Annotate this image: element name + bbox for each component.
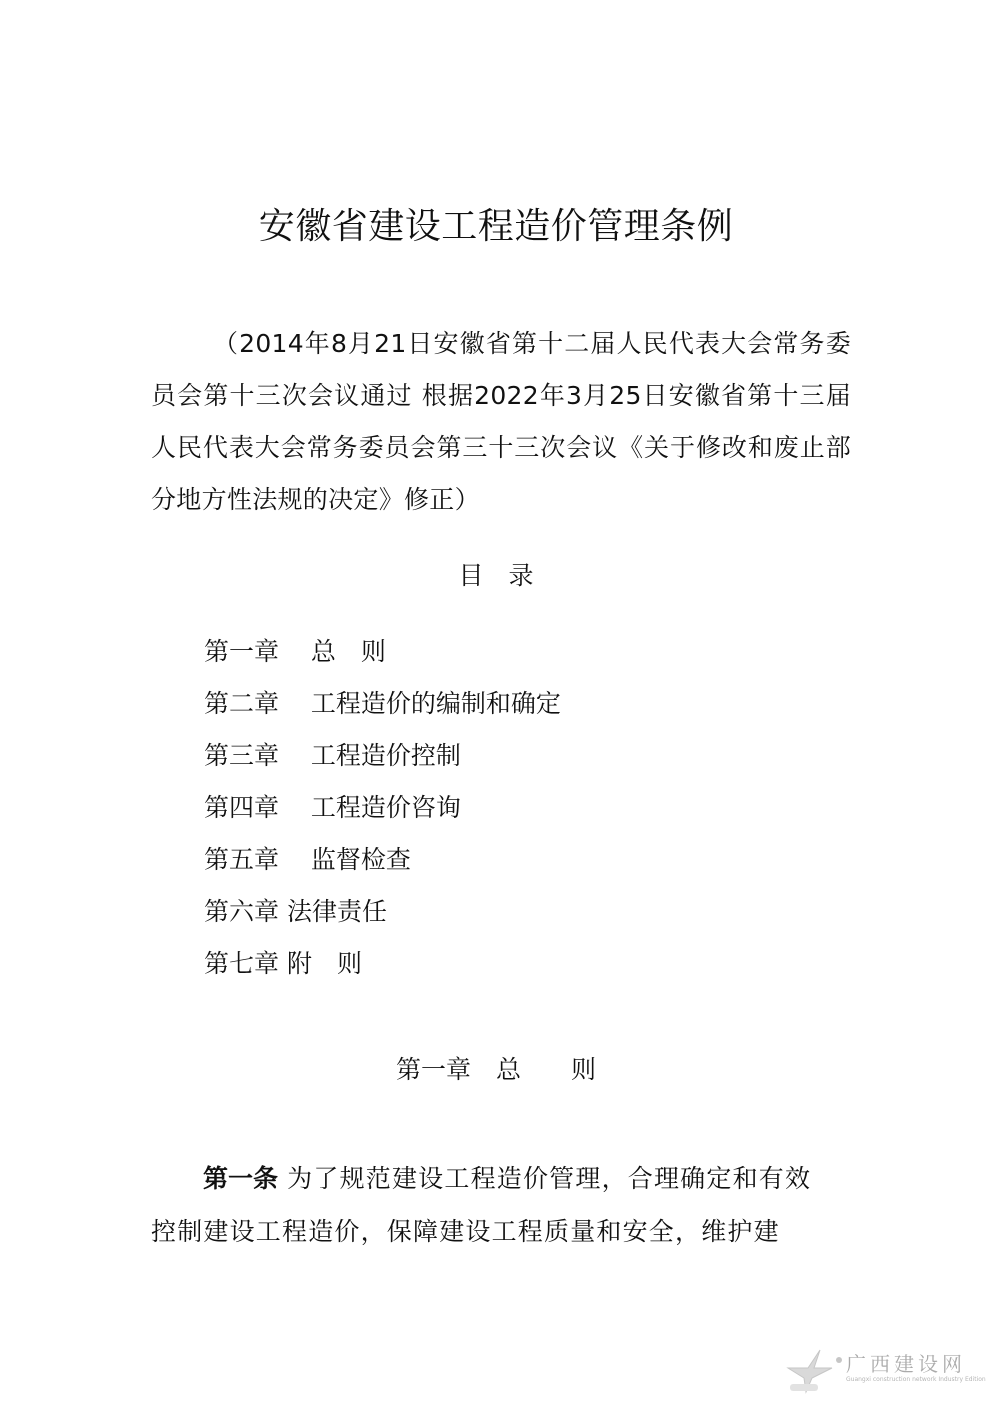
article-paragraph: 第一条 为了规范建设工程造价管理，合理确定和有效控制建设工程造价，保障建设工程质…: [151, 1152, 821, 1258]
table-of-contents: 第一章 总 则 第二章 工程造价的编制和确定 第三章 工程造价控制 第四章 工程…: [204, 632, 561, 996]
toc-item: 第五章 监督检查: [204, 840, 561, 892]
toc-chapter-name: 工程造价的编制和确定: [311, 689, 561, 718]
article-label: 第一条: [203, 1164, 278, 1193]
toc-chapter-number: 第四章: [204, 793, 279, 822]
toc-chapter-number: 第七章: [204, 949, 279, 978]
toc-chapter-name: 附 则: [287, 949, 362, 978]
toc-title: 目 录: [0, 556, 992, 592]
toc-item: 第一章 总 则: [204, 632, 561, 684]
toc-chapter-number: 第一章: [204, 637, 279, 666]
toc-chapter-number: 第三章: [204, 741, 279, 770]
toc-chapter-name: 总 则: [311, 637, 386, 666]
chapter-heading: 第一章 总 则: [0, 1050, 992, 1086]
toc-item: 第四章 工程造价咨询: [204, 788, 561, 840]
toc-chapter-name: 工程造价控制: [311, 741, 461, 770]
document-title: 安徽省建设工程造价管理条例: [0, 198, 992, 249]
star-logo-icon: [784, 1346, 844, 1396]
toc-item: 第六章 法律责任: [204, 892, 561, 944]
toc-item: 第三章 工程造价控制: [204, 736, 561, 788]
toc-item: 第七章 附 则: [204, 944, 561, 996]
toc-chapter-name: 法律责任: [287, 897, 387, 926]
watermark: 广西建设网 Guangxi construction network Indus…: [784, 1346, 989, 1396]
watermark-name: 广西建设网: [846, 1348, 966, 1377]
toc-chapter-number: 第五章: [204, 845, 279, 874]
toc-chapter-name: 监督检查: [311, 845, 411, 874]
toc-chapter-number: 第二章: [204, 689, 279, 718]
toc-item: 第二章 工程造价的编制和确定: [204, 684, 561, 736]
toc-chapter-name: 工程造价咨询: [311, 793, 461, 822]
document-page: 安徽省建设工程造价管理条例 （2014年8月21日安徽省第十二届人民代表大会常务…: [0, 0, 992, 1403]
preface-paragraph: （2014年8月21日安徽省第十二届人民代表大会常务委员会第十三次会议通过 根据…: [151, 318, 851, 526]
toc-chapter-number: 第六章: [204, 897, 279, 926]
watermark-subtitle: Guangxi construction network Industry Ed…: [846, 1376, 986, 1383]
